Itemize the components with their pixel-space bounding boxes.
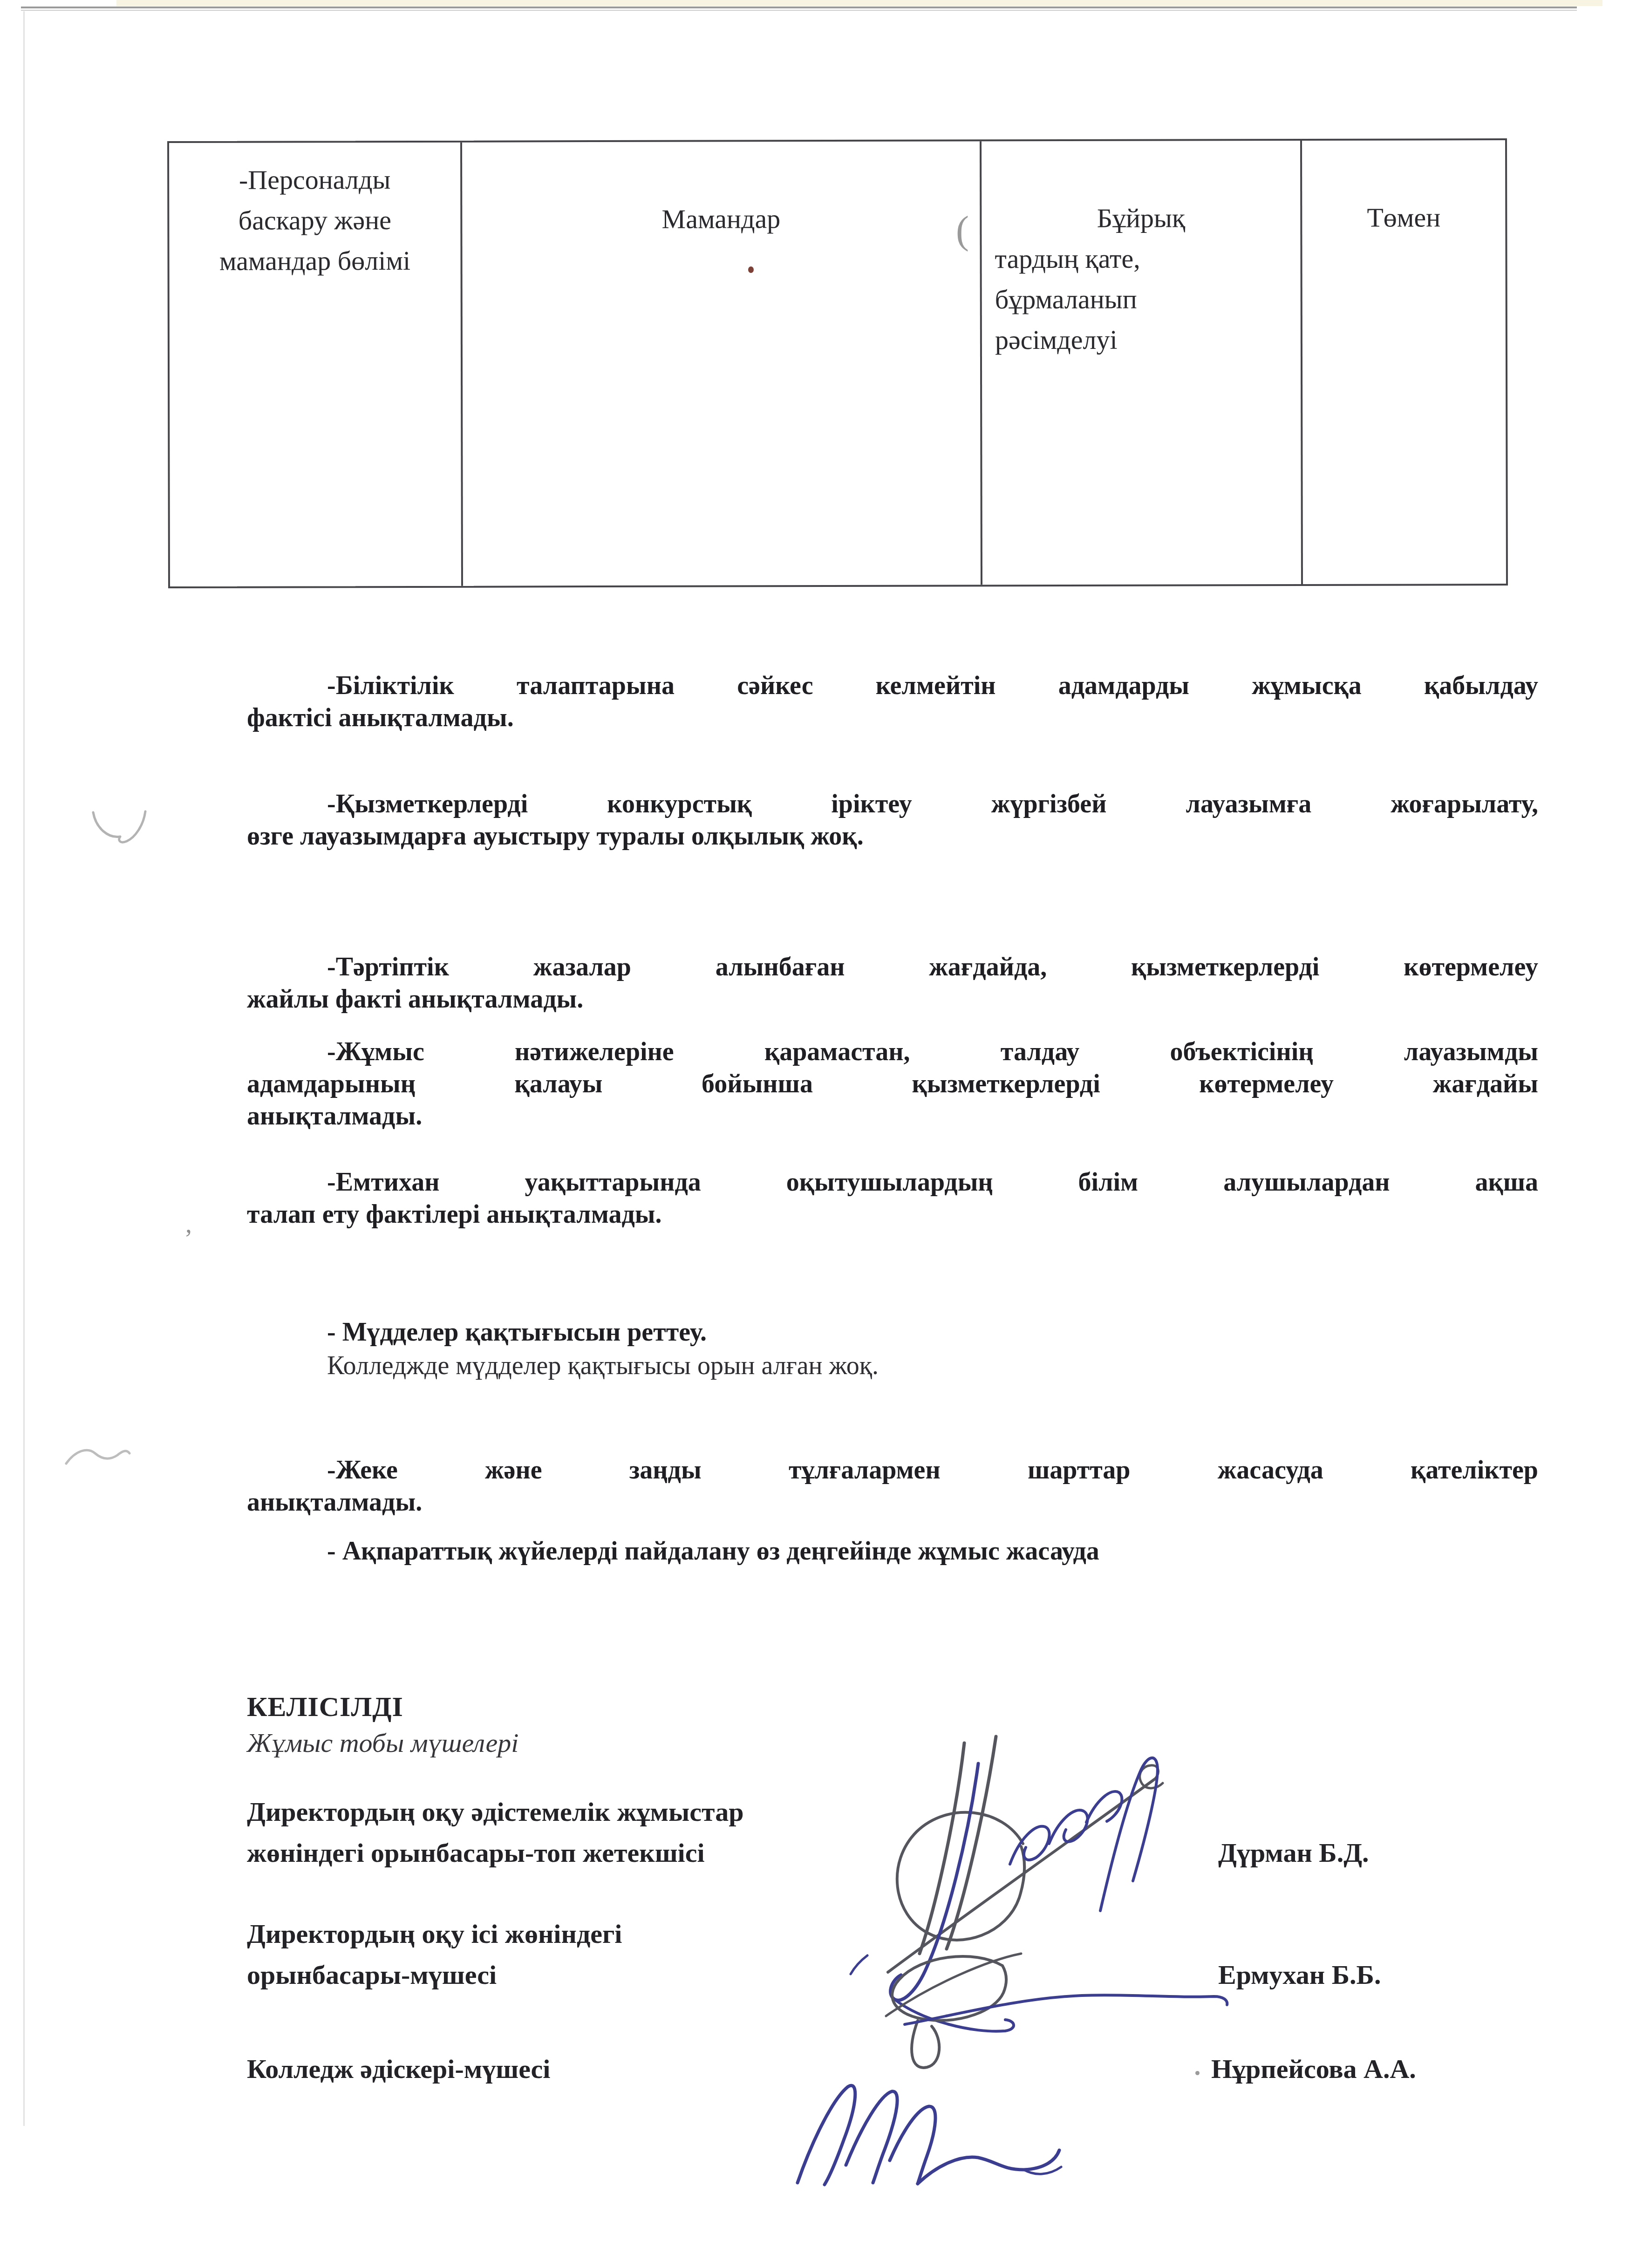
finding-line: өзге лауазымдарға ауыстыру туралы олқылы… <box>247 820 1538 852</box>
signatory-role-1-line-1: Директордың оқу әдістемелік жұмыстар <box>247 1796 743 1827</box>
violation-line: тардың қате, <box>982 238 1300 279</box>
signature-3 <box>798 2085 1061 2185</box>
signatory-name-3: Нұрпейсова А.А. <box>1211 2053 1416 2084</box>
object-label: Мамандар <box>462 198 980 239</box>
signatory-name-2: Ермухан Б.Б. <box>1218 1959 1381 1990</box>
scan-comma-artifact: , <box>185 1209 192 1239</box>
finding-paragraph-6: - Мүдделер қақтығысын реттеу. <box>247 1316 1538 1349</box>
finding-line: фактісі анықталмады. <box>247 702 1538 734</box>
department-line: баскару және <box>169 200 460 241</box>
finding-paragraph-8: -Жеке және заңды тұлғалармен шарттар жас… <box>247 1454 1538 1519</box>
signature-1 <box>851 1737 1163 2031</box>
finding-line: талап ету фактілері анықталмады. <box>247 1199 1538 1231</box>
finding-line: -Қызметкерлерді конкурстық іріктеу жүргі… <box>247 788 1538 820</box>
signatory-name-1: Дүрман Б.Д. <box>1218 1837 1369 1868</box>
finding-line: -Тәртіптік жазалар алынбаған жағдайда, қ… <box>247 951 1538 983</box>
scan-top-edge-line-2 <box>21 10 1577 11</box>
finding-paragraph-7: Колледжде мүдделер қақтығысы орын алған … <box>247 1350 1538 1382</box>
finding-paragraph-9: - Ақпараттық жүйелерді пайдалану өз деңг… <box>247 1535 1538 1567</box>
ink-speck <box>748 266 754 273</box>
signatory-role-1-line-2: жөніндегі орынбасары-топ жетекшісі <box>247 1837 705 1868</box>
results-table: -Персоналды баскару және мамандар бөлімі… <box>167 138 1508 588</box>
finding-paragraph-2: -Қызметкерлерді конкурстық іріктеу жүргі… <box>247 788 1538 852</box>
finding-line: - Ақпараттық жүйелерді пайдалану өз деңг… <box>247 1535 1538 1567</box>
finding-line: Колледжде мүдделер қақтығысы орын алған … <box>247 1350 1538 1382</box>
finding-paragraph-4: -Жұмыс нәтижелеріне қарамастан, талдау о… <box>247 1036 1538 1132</box>
margin-squiggle-2 <box>66 1450 130 1464</box>
finding-line: - Мүдделер қақтығысын реттеу. <box>247 1316 1538 1349</box>
scan-top-cream-band <box>116 0 1602 6</box>
department-line: -Персоналды <box>169 159 460 200</box>
table-cell-object: Мамандар <box>462 198 980 239</box>
approval-title: КЕЛІСІЛДІ <box>247 1691 403 1723</box>
department-line: мамандар бөлімі <box>169 240 460 281</box>
scan-top-edge-line <box>21 7 1577 8</box>
finding-line: жайлы факті анықталмады. <box>247 983 1538 1015</box>
approval-subtitle: Жұмыс тобы мүшелері <box>247 1727 518 1758</box>
signatory-role-2-line-2: орынбасары-мүшесі <box>247 1959 497 1990</box>
finding-line: анықталмады. <box>247 1100 1538 1132</box>
table-cell-department: -Персоналды баскару және мамандар бөлімі <box>169 159 461 281</box>
scanned-document-page: -Персоналды баскару және мамандар бөлімі… <box>0 0 1650 2268</box>
table-cell-risk-level: Төмен <box>1302 197 1505 238</box>
finding-line: анықталмады. <box>247 1486 1538 1519</box>
finding-line: -Емтихан уақыттарында оқытушылардың білі… <box>247 1166 1538 1199</box>
finding-line: -Жеке және заңды тұлғалармен шарттар жас… <box>247 1454 1538 1486</box>
finding-paragraph-5: -Емтихан уақыттарында оқытушылардың білі… <box>247 1166 1538 1231</box>
signatory-role-3-line-1: Колледж әдіскері-мүшесі <box>247 2053 550 2084</box>
scan-paren-artifact: ( <box>956 208 969 253</box>
signature-2 <box>886 1954 1227 2068</box>
violation-line: Бұйрық <box>982 198 1300 238</box>
signatory-role-2-line-1: Директордың оқу ісі жөніндегі <box>247 1918 622 1949</box>
finding-paragraph-3: -Тәртіптік жазалар алынбаған жағдайда, қ… <box>247 951 1538 1015</box>
scan-left-edge-line <box>23 11 25 2126</box>
finding-line: -Біліктілік талаптарына сәйкес келмейтін… <box>247 670 1538 702</box>
finding-line: адамдарының қалауы бойынша қызметкерлерд… <box>247 1068 1538 1100</box>
risk-level-label: Төмен <box>1302 197 1505 238</box>
violation-line: рәсімделуі <box>982 319 1301 360</box>
finding-line: -Жұмыс нәтижелеріне қарамастан, талдау о… <box>247 1036 1538 1068</box>
ink-speck-small <box>1195 2071 1200 2075</box>
table-cell-violation: Бұйрық тардың қате, бұрмаланып рәсімделу… <box>982 198 1301 360</box>
finding-paragraph-1: -Біліктілік талаптарына сәйкес келмейтін… <box>247 670 1538 734</box>
violation-line: бұрмаланып <box>982 279 1301 320</box>
margin-squiggle-1 <box>93 811 145 842</box>
